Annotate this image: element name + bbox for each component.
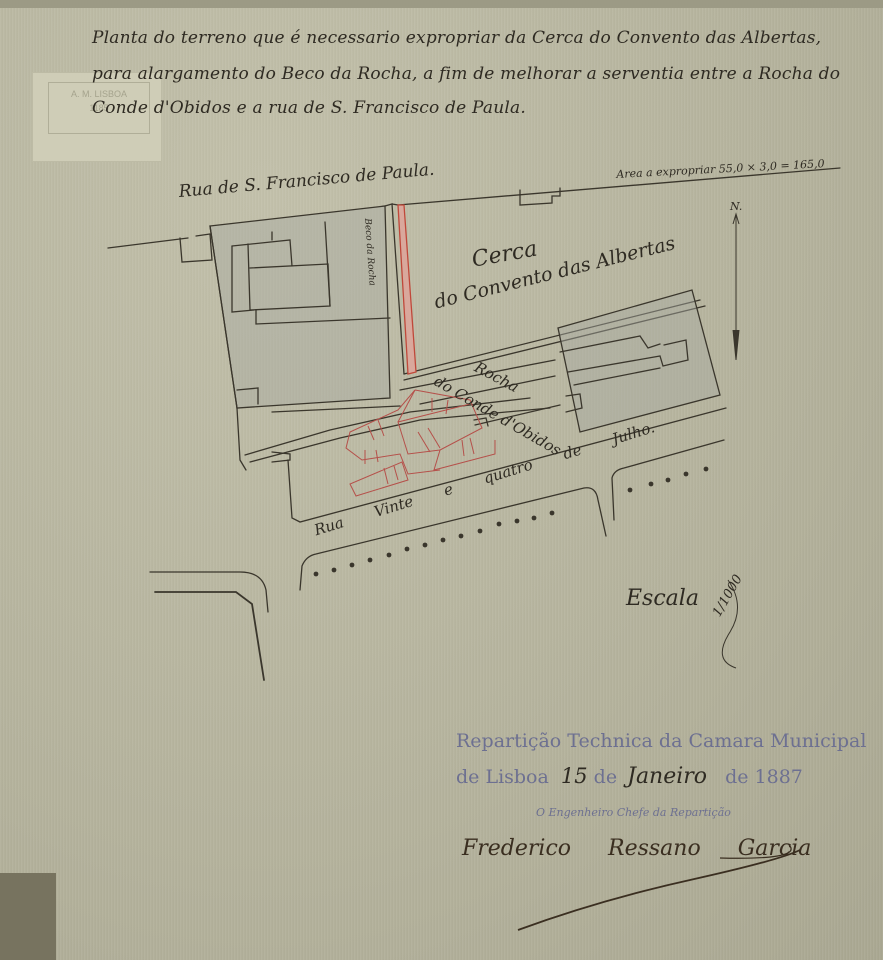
stamp-lisboa: de Lisboa <box>456 766 549 788</box>
stamp-engineer-title: O Engenheiro Chefe da Repartição <box>536 806 731 819</box>
map-drawing <box>0 0 883 960</box>
building-block-east <box>558 290 720 432</box>
stamp-repartição: Repartição Technica da Camara Municipal <box>456 730 866 752</box>
stamp-month: Janeiro <box>627 764 707 789</box>
street-edge <box>108 238 188 248</box>
label-escala: Escala <box>626 586 699 611</box>
stamp-year: de 1887 <box>725 766 803 788</box>
stamp-lisboa-date: de Lisboa 15 de Janeiro de 1887 <box>456 764 803 789</box>
building-outline <box>520 188 560 205</box>
stamp-day: 15 <box>561 764 588 788</box>
label-north: N. <box>730 200 742 213</box>
north-arrow-icon <box>733 214 739 360</box>
expropriation-strip <box>398 205 416 374</box>
signature: Frederico Ressano Garcia <box>462 836 811 861</box>
signature-flourish <box>518 850 800 930</box>
stamp-de: de <box>594 766 617 788</box>
